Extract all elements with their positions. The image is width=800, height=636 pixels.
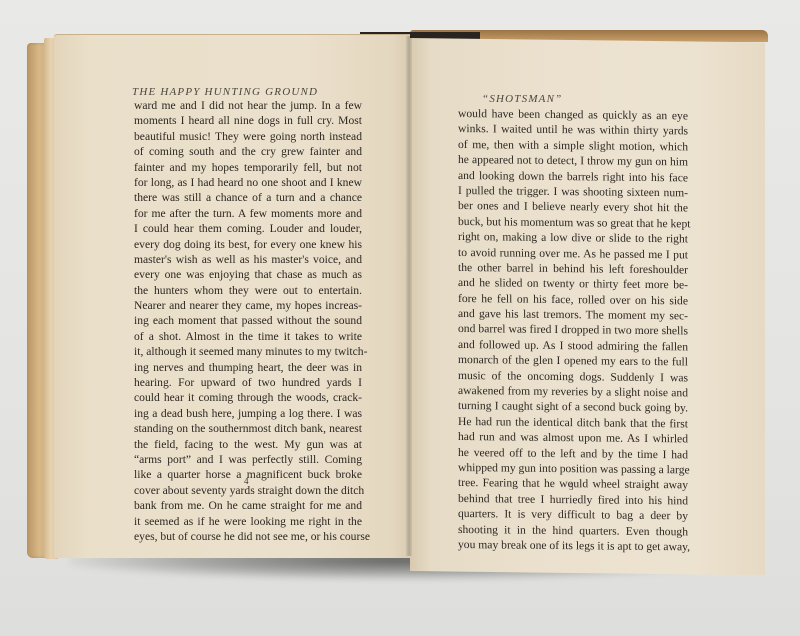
text-line: of coming south and the cry grew fainter… — [134, 144, 362, 159]
right-page-number: 5 — [569, 482, 574, 492]
text-line: the hunters whom they were out to entert… — [134, 283, 362, 298]
text-line: “arms port” and I was perfectly still. C… — [134, 452, 362, 467]
left-running-head: THE HAPPY HUNTING GROUND — [132, 86, 318, 98]
right-running-head: “SHOTSMAN” — [482, 93, 562, 105]
book-gutter — [406, 36, 412, 556]
text-line: bank from me. On he came straight for me… — [134, 498, 362, 513]
text-line: master's wish as well as his master's vo… — [134, 252, 362, 267]
text-line: beautiful music! They were going north i… — [134, 129, 362, 144]
text-line: ing each moment that passed without the … — [134, 313, 362, 328]
text-line: right on, making a low dive or slide to … — [458, 229, 688, 247]
text-line: ing a dead bush here, jumping a log ther… — [134, 406, 362, 421]
text-line: hearing. For upward of two hundred yards… — [134, 375, 362, 390]
text-line: moments I heard all nine dogs in full cr… — [134, 113, 362, 128]
text-line: could hear it coming through the woods, … — [134, 390, 362, 405]
text-line: it, although it seemed many minutes to m… — [134, 344, 362, 359]
text-line: for me after the turn. A few moments mor… — [134, 206, 362, 221]
text-line: there was still a chance of a turn and a… — [134, 190, 362, 205]
text-line: standing on the southernmost ditch bank,… — [134, 421, 362, 436]
text-line: every dog doing its best, for every one … — [134, 237, 362, 252]
text-line: I could hear them coming. Louder and lou… — [134, 221, 362, 236]
text-line: the field, facing to the west. My gun wa… — [134, 437, 362, 452]
text-line: you may break one of its legs it is apt … — [458, 537, 688, 555]
text-line: ing nerves and thumping heart, the deer … — [134, 360, 362, 375]
text-line: of a shot. Almost in the time it takes t… — [134, 329, 362, 344]
text-line: quarters. It is very difficult to bag a … — [458, 506, 688, 524]
text-line: eyes, but of course he did not see me, o… — [134, 529, 362, 544]
text-line: ward me and I did not hear the jump. In … — [134, 98, 362, 113]
text-line: for long, as I had heard no one shoot an… — [134, 175, 362, 190]
text-line: he appeared not to detect, I throw my gu… — [458, 152, 688, 170]
open-book: THE HAPPY HUNTING GROUND ward me and I d… — [0, 0, 800, 636]
left-page-number: 4 — [244, 476, 249, 486]
text-line: it seemed as if he were looking me right… — [134, 514, 362, 529]
text-line: fainter and my hopes temporarily fell, b… — [134, 160, 362, 175]
text-line: Nearer and nearer they came, my hopes in… — [134, 298, 362, 313]
text-line: had run and was almost upon me. As I whi… — [458, 429, 688, 447]
text-line: every one was enjoying that chase as muc… — [134, 267, 362, 282]
